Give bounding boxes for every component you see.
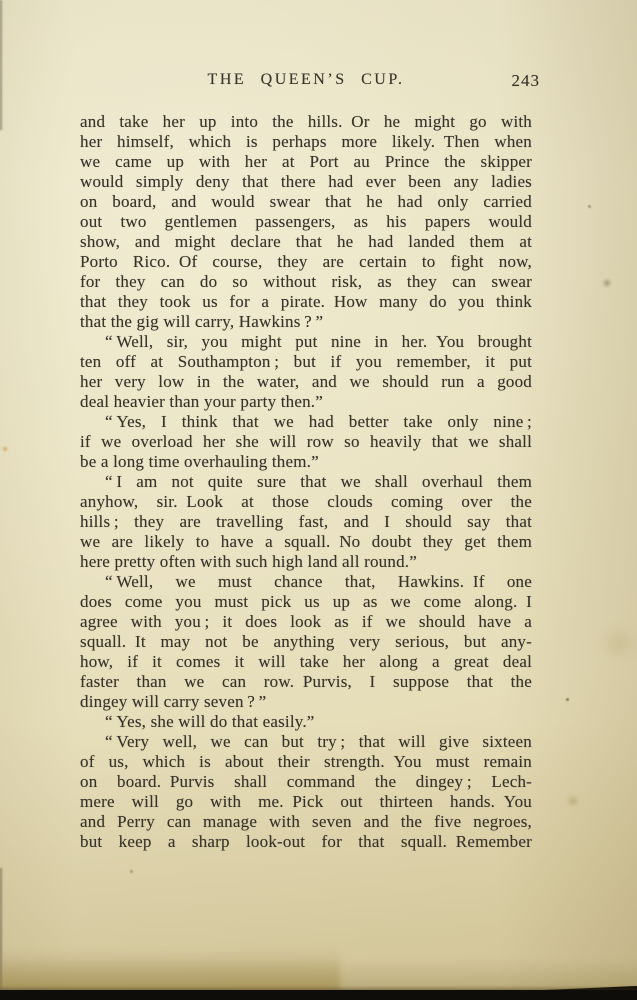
text-line: of us, which is about their strength. Yo… [80, 752, 532, 772]
paper-speck [566, 698, 569, 701]
text-line: faster than we can row. Purvis, I suppos… [80, 672, 532, 692]
text-line: “ Well, sir, you might put nine in her. … [80, 332, 532, 352]
text-line: here pretty often with such high land al… [80, 552, 532, 572]
paper-speck [588, 205, 591, 208]
text-line: if we overload her she will row so heavi… [80, 432, 532, 452]
text-line: on board. Purvis shall command the dinge… [80, 772, 532, 792]
text-line: “ Well, we must chance that, Hawkins. If… [80, 572, 532, 592]
text-line: and Perry can manage with seven and the … [80, 812, 532, 832]
paper-speck [569, 797, 577, 805]
text-line: for they can do so without risk, as they… [80, 272, 532, 292]
scan-shadow-bottom-left [0, 948, 340, 992]
scan-edge-bottom [0, 990, 637, 1000]
paper-speck [3, 447, 7, 451]
text-line: “ I am not quite sure that we shall over… [80, 472, 532, 492]
text-line: Porto Rico. Of course, they are certain … [80, 252, 532, 272]
text-line: would simply deny that there had ever be… [80, 172, 532, 192]
text-line: “ Very well, we can but try ; that will … [80, 732, 532, 752]
text-line: mere will go with me. Pick out thirteen … [80, 792, 532, 812]
running-title: THE QUEEN’S CUP. [80, 71, 532, 89]
text-line: does come you must pick us up as we come… [80, 592, 532, 612]
text-line: deal heavier than your party then.” [80, 392, 532, 412]
text-line: her very low in the water, and we should… [80, 372, 532, 392]
page-body-text: and take her up into the hills. Or he mi… [80, 112, 532, 852]
text-line: and take her up into the hills. Or he mi… [80, 112, 532, 132]
text-line: squall. It may not be anything very seri… [80, 632, 532, 652]
text-line: be a long time overhauling them.” [80, 452, 532, 472]
text-line: we are likely to have a squall. No doubt… [80, 532, 532, 552]
text-line: dingey will carry seven ? ” [80, 692, 532, 712]
text-line: hills ; they are travelling fast, and I … [80, 512, 532, 532]
text-line: “ Yes, I think that we had better take o… [80, 412, 532, 432]
text-line: ten off at Southampton ; but if you reme… [80, 352, 532, 372]
text-line: how, if it comes it will take her along … [80, 652, 532, 672]
text-line: her himself, which is perhaps more likel… [80, 132, 532, 152]
scan-edge-left-top [0, 0, 3, 130]
text-line: anyhow, sir. Look at those clouds coming… [80, 492, 532, 512]
text-line: agree with you ; it does look as if we s… [80, 612, 532, 632]
text-line: that the gig will carry, Hawkins ? ” [80, 312, 532, 332]
text-line: “ Yes, she will do that easily.” [80, 712, 532, 732]
scanned-book-page: THE QUEEN’S CUP. 243 and take her up int… [0, 0, 637, 1000]
paper-speck [130, 870, 133, 873]
text-line: show, and might declare that he had land… [80, 232, 532, 252]
paper-speck [608, 632, 630, 654]
paper-speck [604, 280, 610, 286]
text-line: on board, and would swear that he had on… [80, 192, 532, 212]
page-number: 243 [512, 71, 541, 91]
text-line: but keep a sharp look-out for that squal… [80, 832, 532, 852]
text-line: out two gentlemen passengers, as his pap… [80, 212, 532, 232]
text-line: we came up with her at Port au Prince th… [80, 152, 532, 172]
text-line: that they took us for a pirate. How many… [80, 292, 532, 312]
